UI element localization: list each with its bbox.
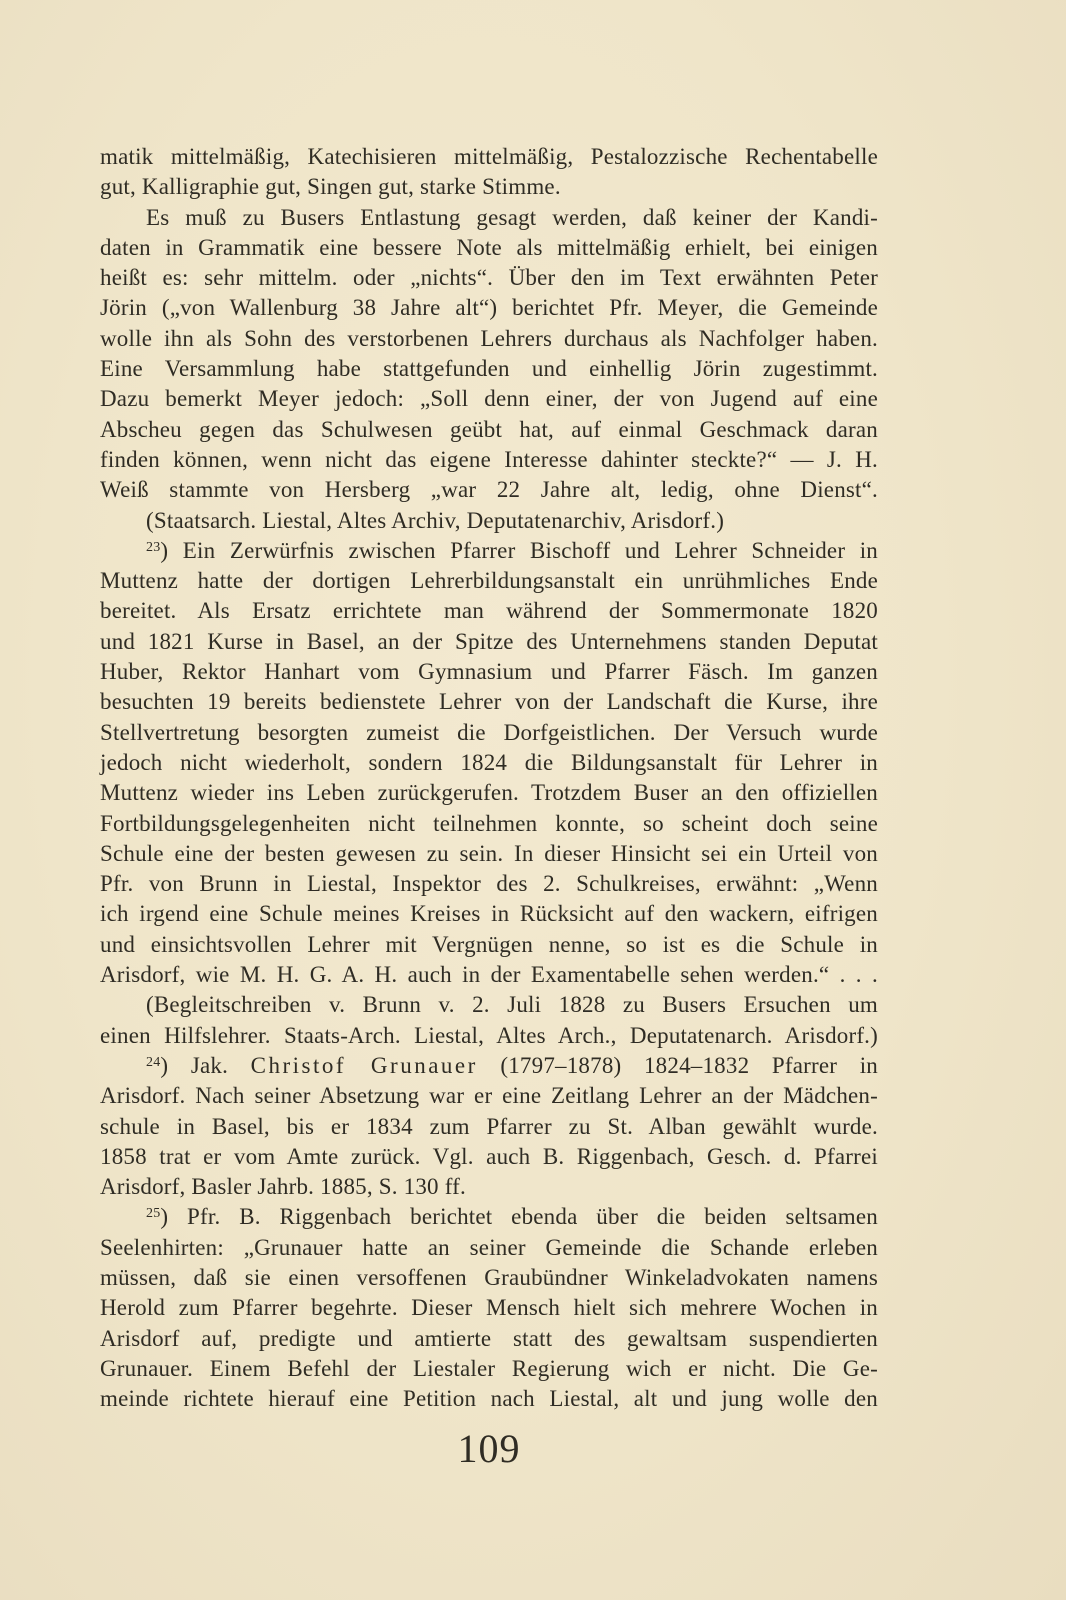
text-line: Muttenz wieder ins Leben zurückgerufen. … (100, 778, 878, 808)
text-line: 24) Jak. Christof Grunauer (1797–1878) 1… (100, 1051, 878, 1081)
text-line: Herold zum Pfarrer begehrte. Dieser Mens… (100, 1293, 878, 1323)
text-line: einen Hilfslehrer. Staats-Arch. Liestal,… (100, 1021, 878, 1051)
text-line: (Staatsarch. Liestal, Altes Archiv, Depu… (100, 506, 878, 536)
text-line: Arisdorf, Basler Jahrb. 1885, S. 130 ff. (100, 1172, 878, 1202)
text-line: müssen, daß sie einen versoffenen Graubü… (100, 1263, 878, 1293)
text-line: heißt es: sehr mittelm. oder „nichts“. Ü… (100, 263, 878, 293)
text-line: finden können, wenn nicht das eigene Int… (100, 445, 878, 475)
footnote-marker: 23 (146, 540, 160, 555)
text-line: Arisdorf, wie M. H. G. A. H. auch in der… (100, 960, 878, 990)
book-page: matik mittelmäßig, Katechisieren mittelm… (0, 0, 1066, 1600)
text-line: Muttenz hatte der dortigen Lehrerbildung… (100, 566, 878, 596)
page-number: 109 (100, 1427, 878, 1471)
text-line: Es muß zu Busers Entlastung gesagt werde… (100, 203, 878, 233)
text-line: Abscheu gegen das Schulwesen geübt hat, … (100, 415, 878, 445)
text-line: Arisdorf auf, predigte und amtierte stat… (100, 1324, 878, 1354)
text-line: besuchten 19 bereits bedienstete Lehrer … (100, 687, 878, 717)
text-line: Fortbildungsgelegenheiten nicht teilnehm… (100, 809, 878, 839)
text-line: jedoch nicht wiederholt, sondern 1824 di… (100, 748, 878, 778)
text-line: Seelenhirten: „Grunauer hatte an seiner … (100, 1233, 878, 1263)
text-line: 23) Ein Zerwürfnis zwischen Pfarrer Bisc… (100, 536, 878, 566)
text-line: gut, Kalligraphie gut, Singen gut, stark… (100, 172, 878, 202)
text-line: und 1821 Kurse in Basel, an der Spitze d… (100, 627, 878, 657)
text-line: Weiß stammte von Hersberg „war 22 Jahre … (100, 475, 878, 505)
text-line: 25) Pfr. B. Riggenbach berichtet ebenda … (100, 1202, 878, 1232)
text-line: Huber, Rektor Hanhart vom Gymnasium und … (100, 657, 878, 687)
text-line: matik mittelmäßig, Katechisieren mittelm… (100, 142, 878, 172)
text-line: Grunauer. Einem Befehl der Liestaler Reg… (100, 1354, 878, 1384)
text-line: Dazu bemerkt Meyer jedoch: „Soll denn ei… (100, 384, 878, 414)
text-line: 1858 trat er vom Amte zurück. Vgl. auch … (100, 1142, 878, 1172)
text-line: daten in Grammatik eine bessere Note als… (100, 233, 878, 263)
text-line: Stellvertretung besorgten zumeist die Do… (100, 718, 878, 748)
footnote-marker: 25 (146, 1206, 160, 1221)
text-line: ich irgend eine Schule meines Kreises in… (100, 899, 878, 929)
page-text-block: matik mittelmäßig, Katechisieren mittelm… (100, 142, 878, 1414)
text-line: bereitet. Als Ersatz errichtete man währ… (100, 596, 878, 626)
text-line: Eine Versammlung habe stattgefunden und … (100, 354, 878, 384)
text-line: (Begleitschreiben v. Brunn v. 2. Juli 18… (100, 990, 878, 1020)
emphasized-name: Christof Grunauer (251, 1053, 478, 1078)
text-line: Schule eine der besten gewesen zu sein. … (100, 839, 878, 869)
text-line: meinde richtete hierauf eine Petition na… (100, 1384, 878, 1414)
text-line: wolle ihn als Sohn des verstorbenen Lehr… (100, 324, 878, 354)
text-line: und einsichtsvollen Lehrer mit Vergnügen… (100, 930, 878, 960)
text-line: schule in Basel, bis er 1834 zum Pfarrer… (100, 1112, 878, 1142)
footnote-marker: 24 (146, 1055, 160, 1070)
text-line: Pfr. von Brunn in Liestal, Inspektor des… (100, 869, 878, 899)
text-line: Jörin („von Wallenburg 38 Jahre alt“) be… (100, 293, 878, 323)
text-line: Arisdorf. Nach seiner Absetzung war er e… (100, 1081, 878, 1111)
